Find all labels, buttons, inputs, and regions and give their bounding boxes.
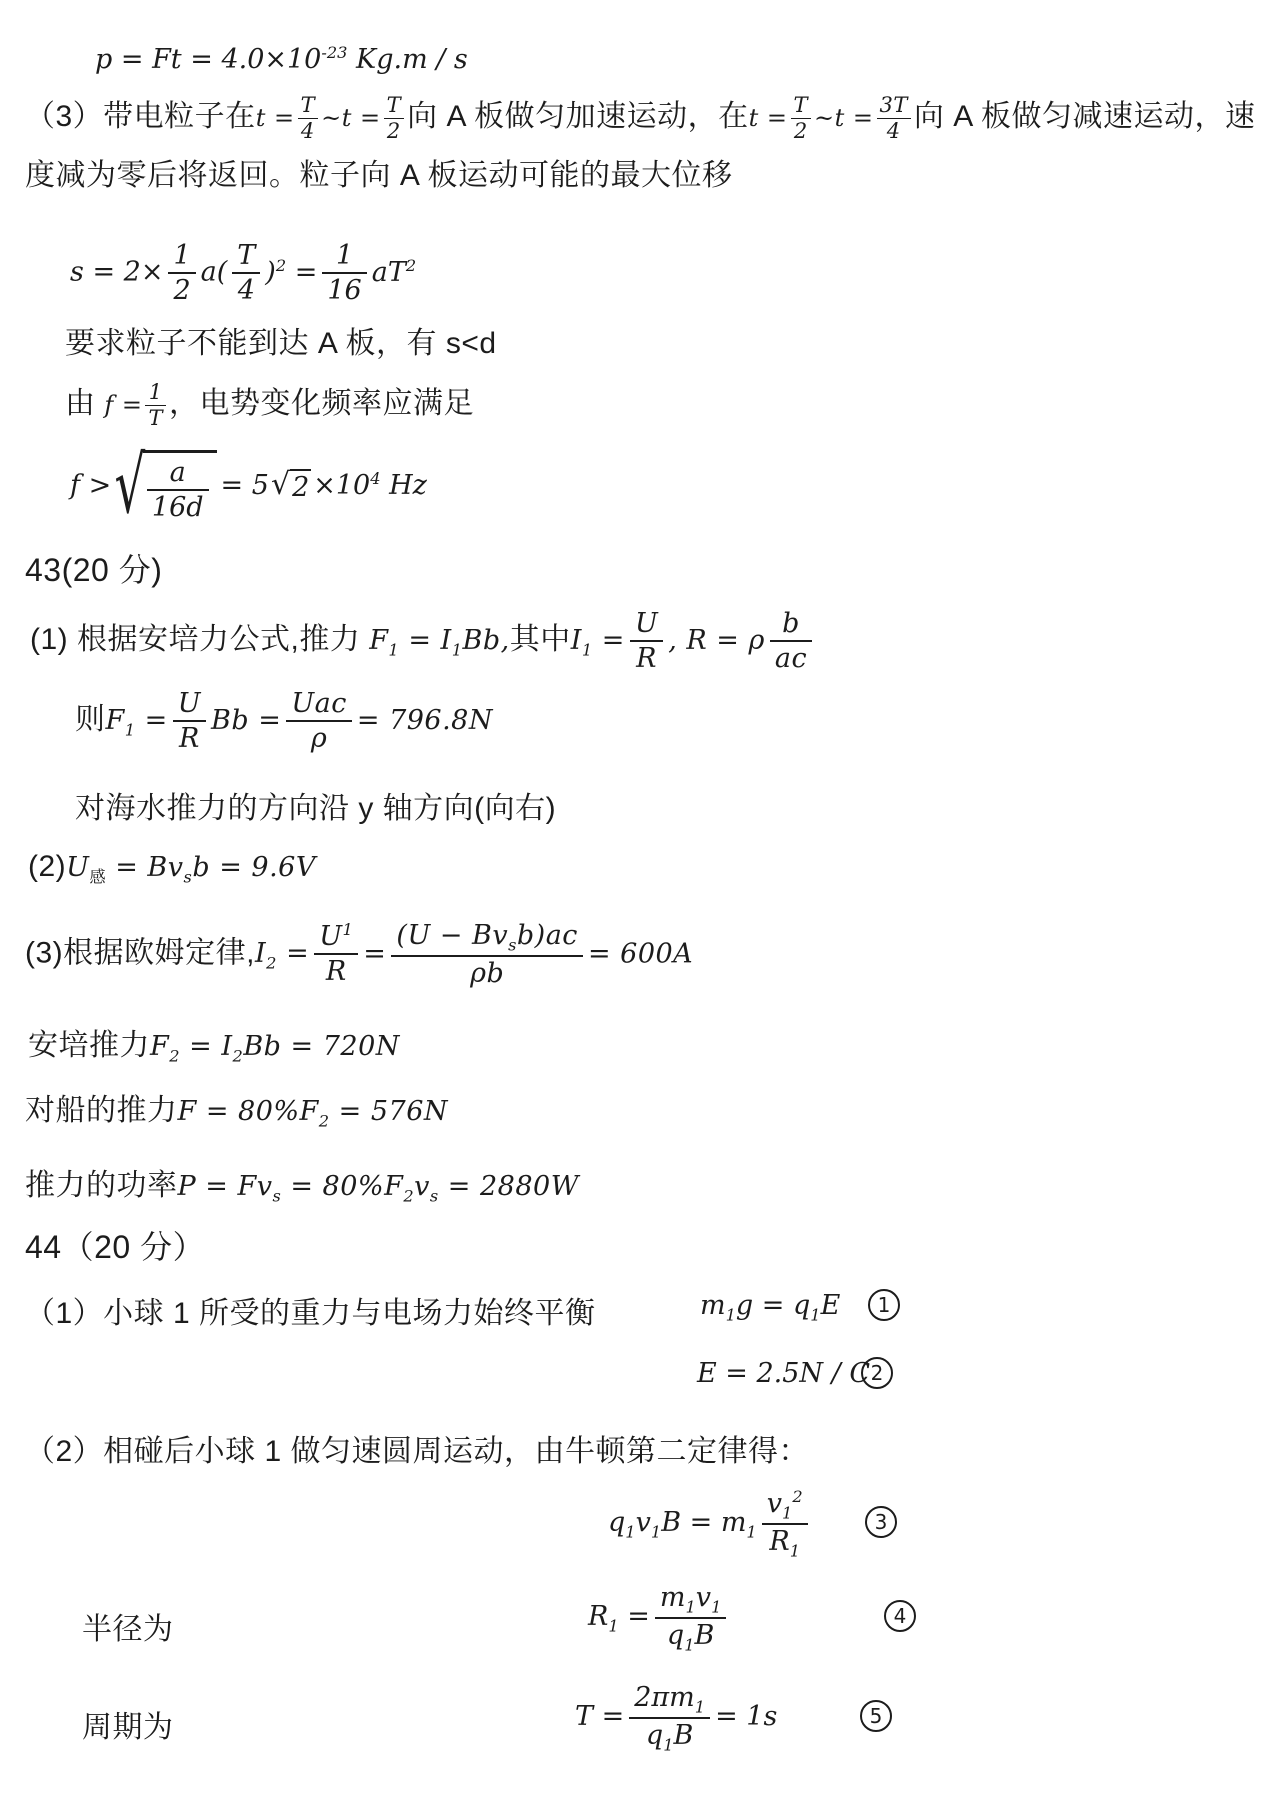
smax-mid2: )2 = [265,257,317,288]
l1-cn2: 其中 [510,623,571,656]
line-thrust-power: 推力的功率P = Fvs = 80%F2vs = 2880W [25,1160,579,1205]
text-condition: 要求粒子不能到达 A 板，有 s<d [65,318,497,362]
byfreq-eq: f = [104,391,142,419]
sqrt-radical: √a16d [115,450,216,523]
eq-t1: t = [256,104,295,132]
equation-number-1: 1 [868,1289,900,1321]
fraction-U1-R: U1R [314,921,358,987]
line-ampere-formula: (1) 根据安培力公式,推力 F1 = I1Bb,其中I1 =UR, R = ρ… [30,608,817,674]
fraction-3T-4: 3T4 [877,93,911,143]
heading-q43: 43(20 分) [25,545,162,591]
tilde-2: ~ [814,104,835,132]
l2-m1: F1 = [106,705,168,736]
fraction-1-2: 12 [168,240,195,306]
fraction-v2-R1: v12R1 [762,1488,808,1559]
line-induced-emf: (2)U感 = Bvsb = 9.6V [28,850,316,886]
l2-cn: 则 [75,703,106,736]
l1-m2: I1 = [571,625,625,656]
l6-m: F2 = I2Bb = 720N [150,1031,400,1062]
smax-lead: s = 2× [70,257,163,288]
l2-m2: Bb = [211,705,281,736]
sqrt-2: √2 [271,469,311,503]
radicand: a16d [143,450,217,523]
byfreq-cn2: ，电势变化频率应满足 [169,387,474,420]
l5-m2: = [363,938,386,969]
freq-tail: ×104 Hz [313,470,427,501]
l1-cn1: (1) 根据安培力公式,推力 [30,623,360,656]
eq-t3: t = [749,104,788,132]
fraction-1-T: 1T [145,380,166,430]
l5-m3: = 600A [588,938,693,969]
text-frequency-relation: 由 f =1T，电势变化频率应满足 [65,378,474,430]
equation-number-5: 5 [860,1700,892,1732]
row-period-label: 周期为 [82,1702,174,1746]
fraction-a-16d: a16d [147,457,209,523]
l1-m3: , R = ρ [668,625,765,656]
radical-symbol-small: √ [271,469,290,501]
line-ohms-law: (3)根据欧姆定律,I2 =U1R=(U − Bvsb)acρb= 600A [25,920,693,989]
row-radius-label: 半径为 [82,1604,174,1648]
fraction-U-R2: UR [173,688,206,754]
fraction-U-R: UR [630,608,663,674]
radical-symbol: √ [115,455,146,519]
para-particle-motion: （3）带电粒子在t =T4~t =T2向 A 板做匀加速运动，在t =T2~t … [25,88,1260,205]
l8-cn: 推力的功率 [25,1169,178,1202]
l6-cn: 安培推力 [28,1029,150,1062]
para-text-2: 向 A 板做匀加速运动，在 [407,100,749,133]
document-page: p = Ft = 4.0×10-23 Kg.m / s （3）带电粒子在t =T… [0,0,1280,1810]
line-ship-thrust: 对船的推力F = 80%F2 = 576N [25,1085,448,1130]
smax-tail: aT2 [372,257,416,288]
l8-m: P = Fvs = 80%F2vs = 2880W [178,1171,579,1202]
freq-lead: f > [70,470,111,501]
fraction-2pim1-q1B: 2πm1q1B [629,1682,710,1753]
fraction-Uac-rho: Uacρ [286,688,351,754]
text-thrust-direction: 对海水推力的方向沿 y 轴方向(向右) [75,783,556,827]
momentum-equation: p = Ft = 4.0×10-23 Kg.m / s [95,44,468,75]
l7-m: F = 80%F2 = 576N [178,1096,449,1127]
fraction-T-2: T2 [384,93,405,143]
l4-math: U感 = Bvsb = 9.6V [66,852,316,883]
freq-mid: = 5 [221,470,269,501]
line-f1-result: 则F1 =URBb =Uacρ= 796.8N [75,688,493,754]
fraction-b-ac: bac [770,608,812,674]
fraction-m1v1-q1B: m1v1q1B [655,1582,727,1653]
byfreq-cn1: 由 [65,387,96,420]
fraction-T-4: T4 [298,93,319,143]
row-balance-text: （1）小球 1 所受的重力与电场力始终平衡 [25,1288,596,1332]
fraction-ohm: (U − Bvsb)acρb [391,920,583,989]
l1-m1: F1 = I1Bb, [369,625,510,656]
row-radius-equation: R1 =m1v1q1B [588,1582,731,1653]
l7-cn: 对船的推力 [25,1094,178,1127]
text-circular-motion: （2）相碰后小球 1 做匀速圆周运动，由牛顿第二定律得： [25,1426,809,1470]
l5-m1: I2 = [255,938,309,969]
tilde-1: ~ [321,104,342,132]
equation-number-3: 3 [865,1506,897,1538]
formula-frequency: f >√a16d= 5√2×104 Hz [70,450,427,523]
line-ampere-thrust: 安培推力F2 = I2Bb = 720N [28,1020,400,1065]
formula-max-displacement: s = 2×12a(T4)2 =116aT2 [70,240,416,306]
row-period-equation: T =2πm1q1B= 1s [575,1682,777,1753]
smax-mid1: a( [201,257,228,288]
fraction-T-2b: T2 [791,93,812,143]
row-newton-second-equation: q1v1B = m1v12R1 [608,1488,813,1559]
row-field-value-equation: E = 2.5N / C [697,1358,870,1389]
formula-momentum: p = Ft = 4.0×10-23 Kg.m / s [95,44,468,75]
row-balance-equation: m1g = q1E [700,1290,840,1324]
para-text-1: （3）带电粒子在 [25,100,256,133]
heading-q44: 44（20 分） [25,1222,205,1268]
l2-m3: = 796.8N [357,705,493,736]
subscript-gan: 感 [89,868,106,886]
fraction-T-4b: T4 [232,240,260,306]
equation-number-2: 2 [861,1357,893,1389]
l4-cn: (2) [28,850,66,883]
eq-t4: t = [835,104,874,132]
equation-number-4: 4 [884,1600,916,1632]
fraction-1-16: 116 [322,240,366,306]
l5-cn: (3)根据欧姆定律, [25,936,255,969]
eq-t2: t = [342,104,381,132]
